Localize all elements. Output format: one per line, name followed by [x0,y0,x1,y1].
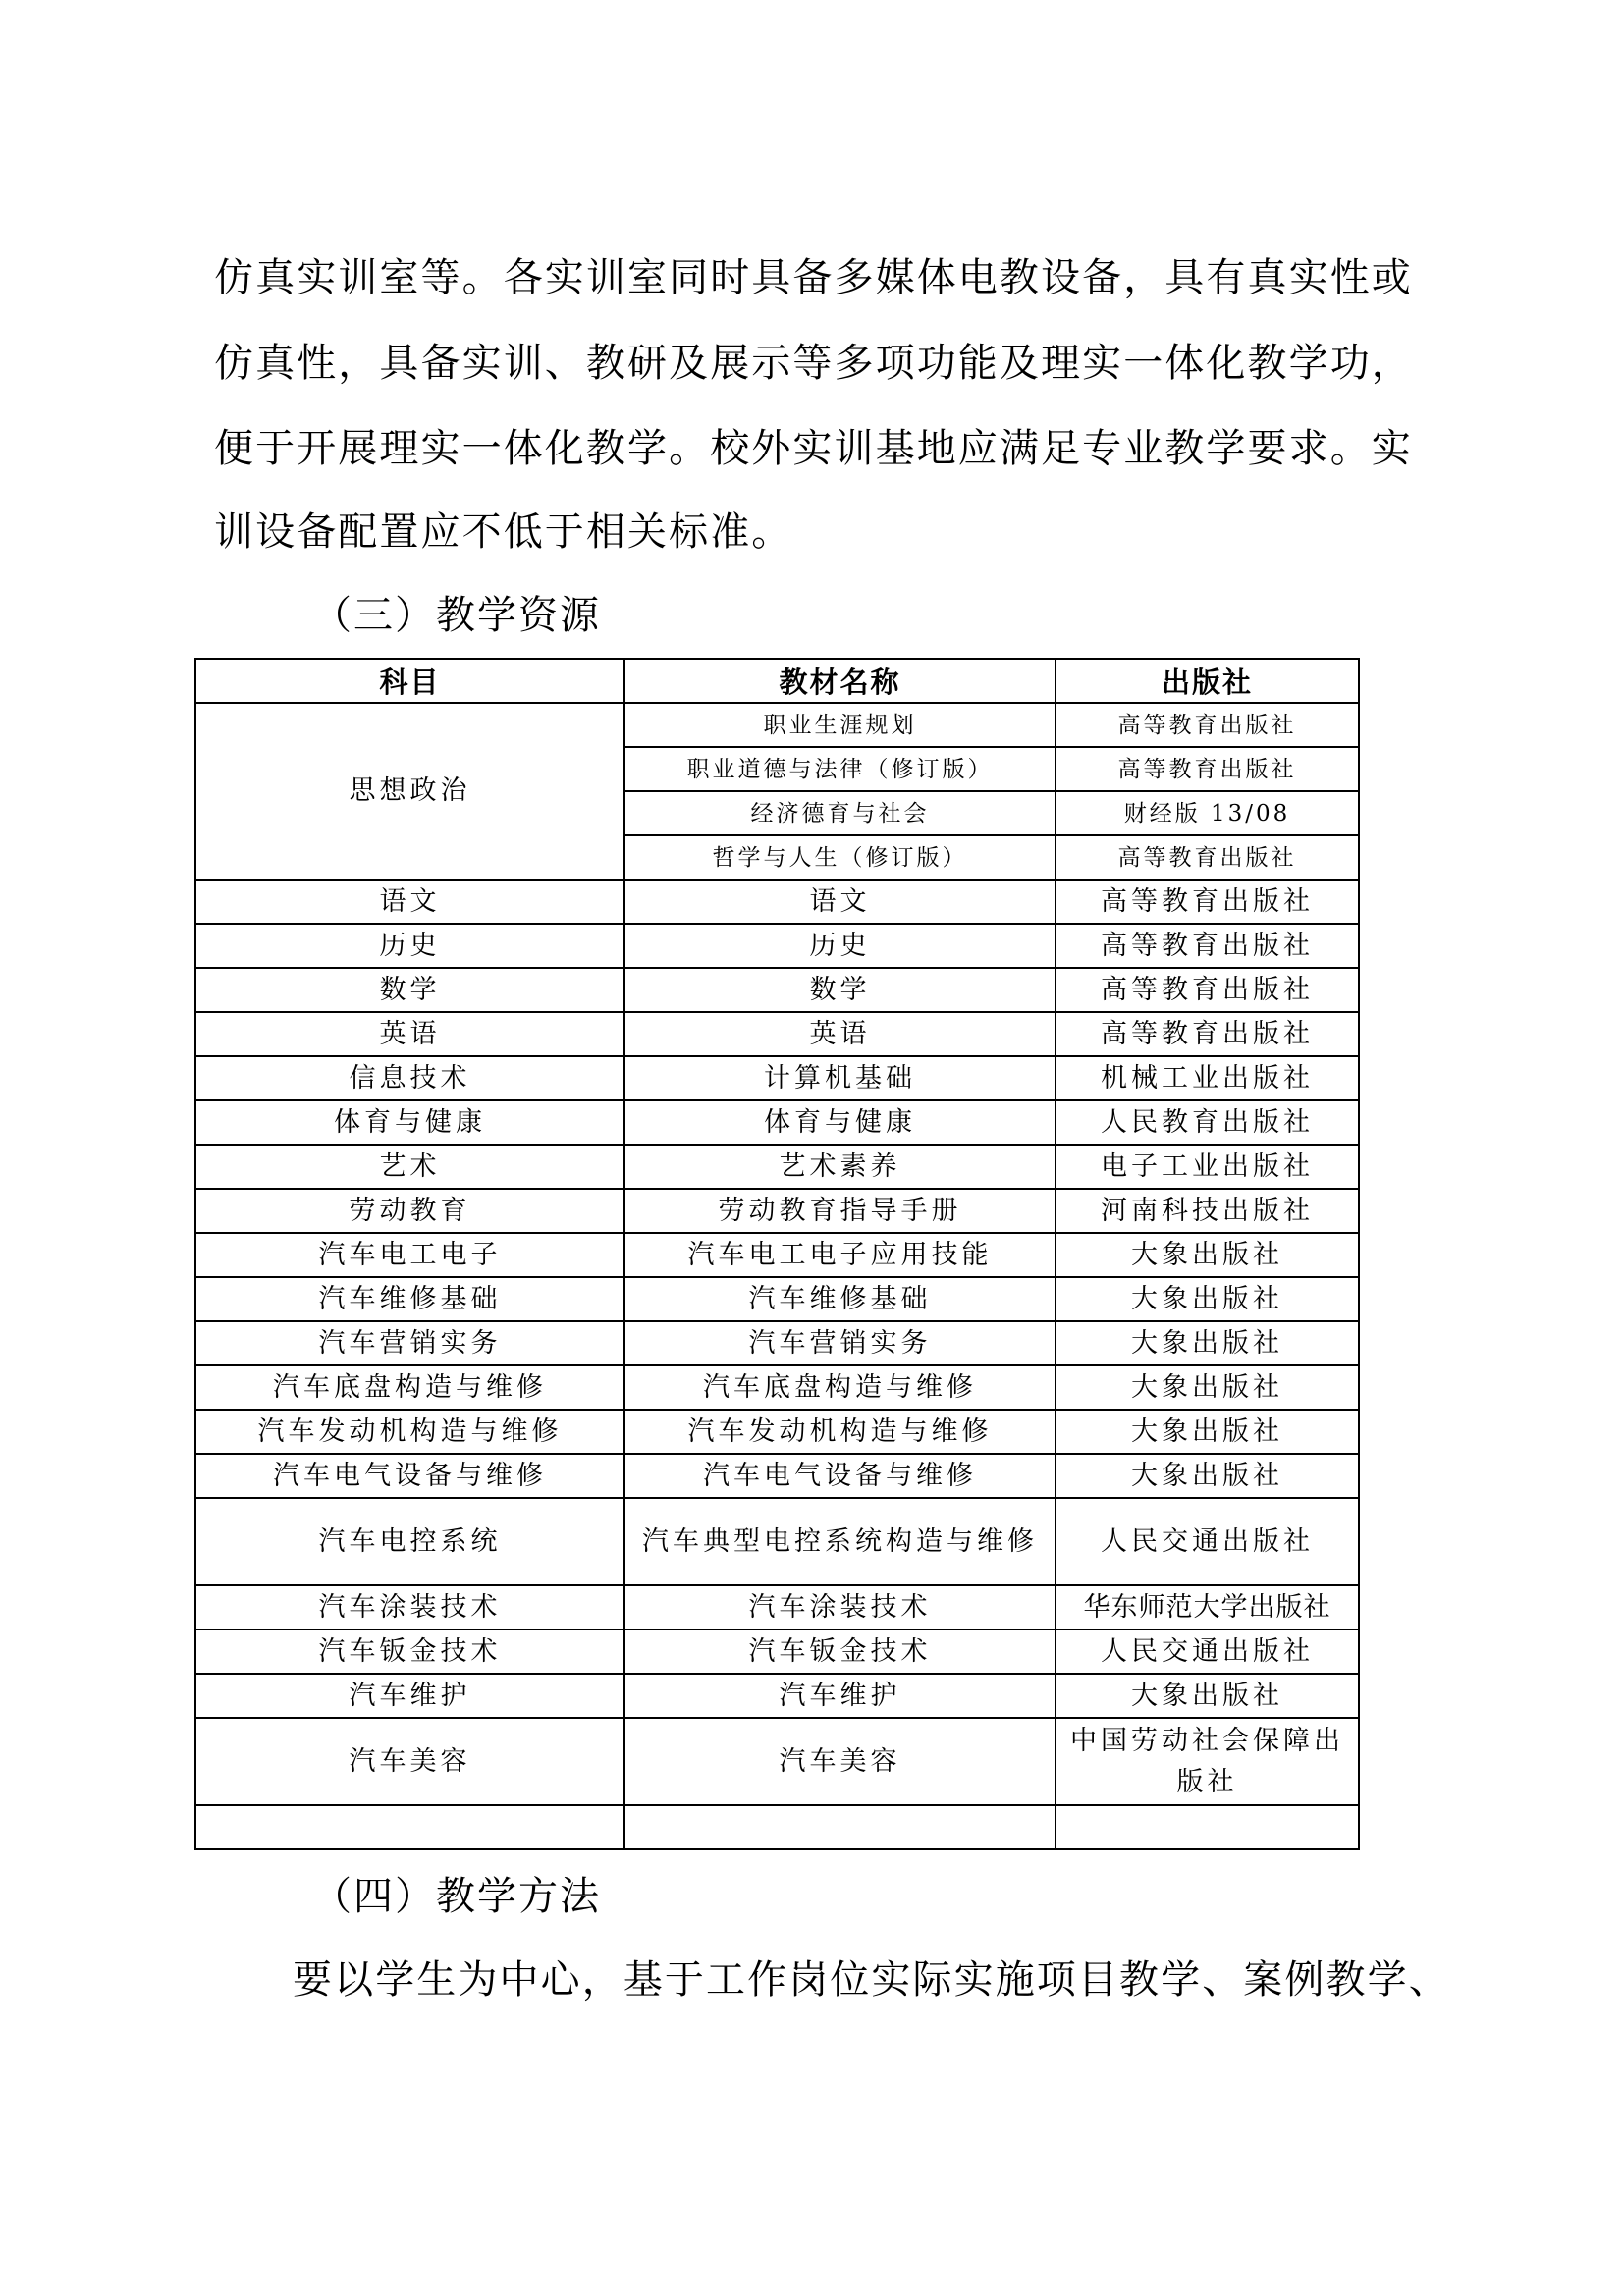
table-row: 汽车电工电子汽车电工电子应用技能大象出版社 [195,1233,1359,1277]
cell-publisher [1056,1805,1359,1849]
cell-publisher: 大象出版社 [1056,1454,1359,1498]
cell-subject: 汽车底盘构造与维修 [195,1365,624,1410]
cell-publisher: 人民交通出版社 [1056,1498,1359,1585]
cell-publisher: 华东师范大学出版社 [1056,1585,1359,1629]
cell-textbook: 汽车涂装技术 [624,1585,1056,1629]
header-publisher: 出版社 [1056,659,1359,703]
cell-textbook: 体育与健康 [624,1100,1056,1145]
table-row: 体育与健康体育与健康人民教育出版社 [195,1100,1359,1145]
cell-textbook: 数学 [624,968,1056,1012]
paragraph-line: 要以学生为中心，基于工作岗位实际实施项目教学、案例教学、 [293,1959,1450,2001]
cell-subject: 汽车电控系统 [195,1498,624,1585]
cell-subject: 语文 [195,880,624,924]
cell-textbook: 汽车典型电控系统构造与维修 [624,1498,1056,1585]
cell-textbook [624,1805,1056,1849]
cell-subject: 数学 [195,968,624,1012]
paragraph-line: 仿真实训室等。各实训室同时具备多媒体电教设备，具有真实性或 [214,257,1413,298]
cell-subject: 英语 [195,1012,624,1056]
cell-publisher: 高等教育出版社 [1056,1012,1359,1056]
cell-subject: 汽车维护 [195,1674,624,1718]
cell-textbook: 汽车电气设备与维修 [624,1454,1056,1498]
paragraph-line: 仿真性，具备实训、教研及展示等多项功能及理实一体化教学功， [214,343,1413,384]
table-row: 数学数学高等教育出版社 [195,968,1359,1012]
cell-publisher: 河南科技出版社 [1056,1189,1359,1233]
table-row: 汽车电控系统汽车典型电控系统构造与维修人民交通出版社 [195,1498,1359,1585]
cell-subject: 劳动教育 [195,1189,624,1233]
cell-publisher: 大象出版社 [1056,1365,1359,1410]
table-row: 汽车维护汽车维护大象出版社 [195,1674,1359,1718]
cell-textbook: 汽车营销实务 [624,1321,1056,1365]
cell-publisher: 人民交通出版社 [1056,1629,1359,1674]
cell-subject: 历史 [195,924,624,968]
cell-publisher: 大象出版社 [1056,1410,1359,1454]
cell-publisher: 高等教育出版社 [1056,703,1359,747]
cell-publisher: 大象出版社 [1056,1674,1359,1718]
cell-publisher: 电子工业出版社 [1056,1145,1359,1189]
table-row: 艺术艺术素养电子工业出版社 [195,1145,1359,1189]
cell-subject: 艺术 [195,1145,624,1189]
table-row: 汽车底盘构造与维修汽车底盘构造与维修大象出版社 [195,1365,1359,1410]
cell-publisher: 大象出版社 [1056,1233,1359,1277]
table-row: 汽车电气设备与维修汽车电气设备与维修大象出版社 [195,1454,1359,1498]
cell-textbook: 艺术素养 [624,1145,1056,1189]
cell-textbook: 职业道德与法律（修订版） [624,747,1056,791]
table-row: 英语英语高等教育出版社 [195,1012,1359,1056]
cell-subject-group: 思想政治 [195,703,624,880]
cell-textbook: 职业生涯规划 [624,703,1056,747]
table-row: 信息技术计算机基础机械工业出版社 [195,1056,1359,1100]
table-row: 汽车涂装技术汽车涂装技术华东师范大学出版社 [195,1585,1359,1629]
cell-textbook: 汽车维护 [624,1674,1056,1718]
table-row-empty [195,1805,1359,1849]
cell-textbook: 哲学与人生（修订版） [624,835,1056,880]
cell-textbook: 语文 [624,880,1056,924]
table-row: 汽车维修基础汽车维修基础大象出版社 [195,1277,1359,1321]
paragraph-line: 训设备配置应不低于相关标准。 [214,511,792,553]
cell-textbook: 英语 [624,1012,1056,1056]
cell-publisher: 高等教育出版社 [1056,968,1359,1012]
cell-textbook: 汽车钣金技术 [624,1629,1056,1674]
cell-publisher: 高等教育出版社 [1056,924,1359,968]
section-heading-teaching-resources: （三）教学资源 [312,595,601,636]
cell-subject: 汽车维修基础 [195,1277,624,1321]
table-row: 历史历史高等教育出版社 [195,924,1359,968]
cell-textbook: 汽车美容 [624,1718,1056,1805]
cell-textbook: 汽车电工电子应用技能 [624,1233,1056,1277]
table-row: 汽车营销实务汽车营销实务大象出版社 [195,1321,1359,1365]
cell-subject: 汽车钣金技术 [195,1629,624,1674]
cell-textbook: 历史 [624,924,1056,968]
section-heading-teaching-methods: （四）教学方法 [312,1876,601,1917]
table-header-row: 科目 教材名称 出版社 [195,659,1359,703]
cell-textbook: 汽车底盘构造与维修 [624,1365,1056,1410]
header-subject: 科目 [195,659,624,703]
cell-subject: 体育与健康 [195,1100,624,1145]
cell-subject [195,1805,624,1849]
cell-subject: 汽车营销实务 [195,1321,624,1365]
cell-subject: 汽车美容 [195,1718,624,1805]
cell-publisher: 高等教育出版社 [1056,835,1359,880]
cell-textbook: 汽车发动机构造与维修 [624,1410,1056,1454]
cell-subject: 汽车涂装技术 [195,1585,624,1629]
table-row: 语文语文高等教育出版社 [195,880,1359,924]
cell-publisher: 中国劳动社会保障出版社 [1056,1718,1359,1805]
cell-publisher: 财经版 13/08 [1056,791,1359,835]
table-row: 汽车美容汽车美容中国劳动社会保障出版社 [195,1718,1359,1805]
cell-publisher: 大象出版社 [1056,1277,1359,1321]
table-row: 汽车发动机构造与维修汽车发动机构造与维修大象出版社 [195,1410,1359,1454]
table-row: 汽车钣金技术汽车钣金技术人民交通出版社 [195,1629,1359,1674]
cell-subject: 信息技术 [195,1056,624,1100]
cell-textbook: 劳动教育指导手册 [624,1189,1056,1233]
header-textbook: 教材名称 [624,659,1056,703]
paragraph-line: 便于开展理实一体化教学。校外实训基地应满足专业教学要求。实 [214,428,1413,469]
cell-subject: 汽车电工电子 [195,1233,624,1277]
cell-publisher: 高等教育出版社 [1056,880,1359,924]
table-row: 思想政治 职业生涯规划 高等教育出版社 [195,703,1359,747]
cell-subject: 汽车电气设备与维修 [195,1454,624,1498]
table-row: 劳动教育劳动教育指导手册河南科技出版社 [195,1189,1359,1233]
textbook-table: 科目 教材名称 出版社 思想政治 职业生涯规划 高等教育出版社 职业道德与法律（… [194,658,1360,1850]
cell-subject: 汽车发动机构造与维修 [195,1410,624,1454]
cell-publisher: 高等教育出版社 [1056,747,1359,791]
cell-textbook: 汽车维修基础 [624,1277,1056,1321]
cell-publisher: 机械工业出版社 [1056,1056,1359,1100]
cell-textbook: 经济德育与社会 [624,791,1056,835]
cell-publisher: 大象出版社 [1056,1321,1359,1365]
cell-textbook: 计算机基础 [624,1056,1056,1100]
cell-publisher: 人民教育出版社 [1056,1100,1359,1145]
